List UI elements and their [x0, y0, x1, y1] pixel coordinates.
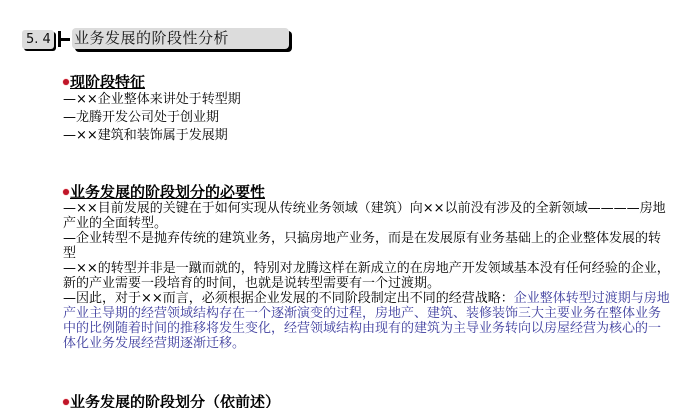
bullet-icon	[63, 399, 69, 405]
heading-text: 业务发展的阶段划分的必要性	[70, 183, 265, 201]
section-heading: 业务发展的阶段划分（依前述）	[63, 393, 683, 408]
connector-dash	[61, 38, 70, 41]
list-item: —龙腾开发公司处于创业期	[63, 109, 683, 127]
list-item: —××建筑和装饰属于发展期	[63, 127, 683, 145]
section-heading: 业务发展的阶段划分的必要性	[63, 183, 683, 201]
bullet-icon	[63, 79, 69, 85]
section-necessity: 业务发展的阶段划分的必要性 —××目前发展的关键在于如何实现从传统业务领域（建筑…	[63, 183, 683, 351]
paragraph-strategy: —因此，对于××而言，必须根据企业发展的不同阶段制定出不同的经营战略：企业整体转…	[63, 291, 673, 351]
heading-text: 业务发展的阶段划分（依前述）	[70, 393, 280, 408]
paragraph-prefix: —因此，对于××而言，必须根据企业发展的不同阶段制定出不同的经营战略：	[63, 291, 514, 306]
section-stage-division: 业务发展的阶段划分（依前述）	[63, 393, 683, 408]
paragraph: —企业转型不是抛弃传统的建筑业务，只搞房地产业务，而是在发展原有业务基础上的企业…	[63, 231, 673, 261]
slide-page: 5. 4 业务发展的阶段性分析 现阶段特征 —××企业整体来讲处于转型期 —龙腾…	[0, 0, 693, 408]
paragraph: —××的转型并非是一蹴而就的，特别对龙腾这样在新成立的在房地产开发领域基本没有任…	[63, 261, 673, 291]
section-number: 5. 4	[22, 30, 54, 49]
section-current-stage: 现阶段特征 —××企业整体来讲处于转型期 —龙腾开发公司处于创业期 —××建筑和…	[63, 73, 683, 145]
paragraph: —××目前发展的关键在于如何实现从传统业务领域（建筑）向××以前没有涉及的全新领…	[63, 201, 673, 231]
bullet-icon	[63, 189, 69, 195]
section-heading: 现阶段特征	[63, 73, 683, 91]
heading-text: 现阶段特征	[70, 73, 145, 91]
list-item: —××企业整体来讲处于转型期	[63, 91, 683, 109]
section-title: 业务发展的阶段性分析	[72, 28, 289, 49]
